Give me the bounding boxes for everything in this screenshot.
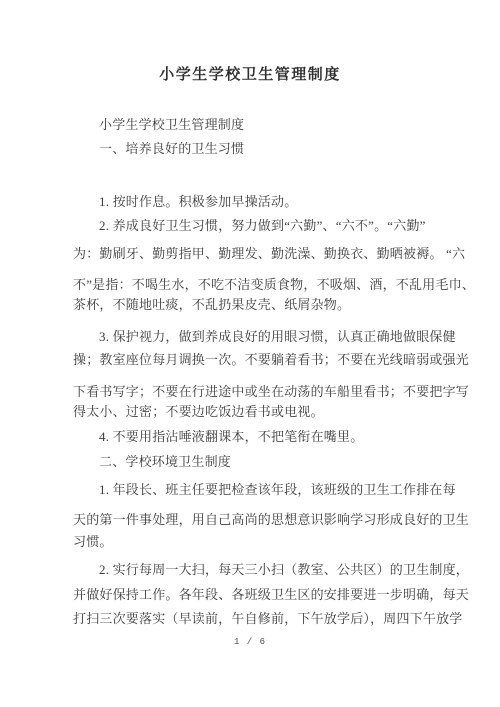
list-item-1-2-line-3: 不”是指：不喝生水，不吃不洁变质食物，不吸烟、酒，不乱用毛巾、 — [73, 277, 475, 293]
list-item-1-3-line-3: 下看书写字；不要在行进途中或坐在动荡的车船里看书；不要把字写 — [73, 384, 469, 400]
document-page: 小学生学校卫生管理制度 小学生学校卫生管理制度 一、培养良好的卫生习惯 1. 按… — [0, 0, 500, 707]
document-title: 小学生学校卫生管理制度 — [0, 66, 500, 84]
list-item-1-3-line-1: 3. 保护视力，做到养成良好的用眼习惯，认真正确地做眼保健 — [99, 329, 456, 345]
section-heading-1: 一、培养良好的卫生习惯 — [99, 141, 244, 157]
list-item-1-4: 4. 不要用指沾唾液翻课本，不把笔衔在嘴里。 — [99, 429, 363, 445]
list-item-1-3-line-4: 得太小、过密；不要边吃饭边看书或电视。 — [73, 404, 324, 420]
list-item-2-1-line-2: 天的第一件事处理，用自己高尚的思想意识影响学习形成良好的卫生 — [73, 512, 469, 528]
list-item-1-2-line-4: 茶杯，不随地吐痰，不乱扔果皮壳、纸屑杂物。 — [73, 297, 350, 313]
list-item-2-1-line-1: 1. 年段长、班主任要把检查该年段，该班级的卫生工作排在每 — [99, 482, 456, 498]
list-item-1-1: 1. 按时作息。积极参加早操活动。 — [99, 194, 297, 210]
page-number: 1 / 6 — [0, 637, 500, 647]
list-item-2-2-line-3: 打扫三次要落实（早读前，午自修前，下午放学后），周四下午放学 — [73, 611, 463, 627]
list-item-2-1-line-3: 习惯。 — [73, 534, 113, 550]
document-subtitle: 小学生学校卫生管理制度 — [99, 117, 244, 133]
list-item-1-3-line-2: 操；教室座位每月调换一次。不要躺着看书；不要在光线暗弱或强光 — [73, 352, 469, 368]
list-item-2-2-line-1: 2. 实行每周一大扫，每天三小扫（教室、公共区）的卫生制度， — [99, 562, 469, 578]
list-item-2-2-line-2: 并做好保持工作。各年段、各班级卫生区的安排要进一步明确，每天 — [73, 587, 469, 603]
section-heading-2: 二、学校环境卫生制度 — [99, 454, 231, 470]
list-item-1-2-line-1: 2. 养成良好卫生习惯，努力做到“六勤”、“六不”。“六勤” — [99, 218, 426, 234]
list-item-1-2-line-2: 为：勤刷牙、勤剪指甲、勤理发、勤洗澡、勤换衣、勤晒被褥。 “六 — [73, 246, 465, 262]
